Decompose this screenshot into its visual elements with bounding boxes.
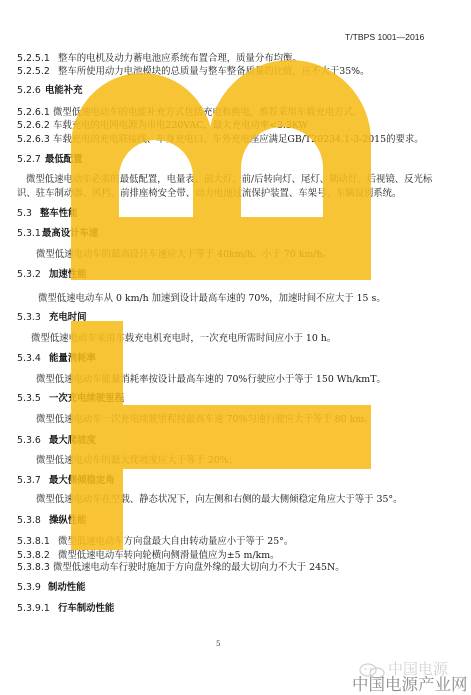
- paragraph-line: 微型低速电动车的最高设计车速应大于等于 40km/h、小于 70 km/h。: [36, 249, 332, 261]
- clause-text: 微型低速电动车方向盘最大自由转动量应小于等于 25°。: [58, 536, 293, 548]
- paragraph-line: 微型低速电动车必需的最低配置，电量表、前大灯、前/后转向灯、尾灯、制动灯、后视镜…: [26, 174, 432, 186]
- heading-number: 5.3: [17, 208, 32, 220]
- watermark-site-name: 中国电源产业网: [352, 675, 468, 694]
- heading-number: 5.3.4: [17, 353, 41, 365]
- clause-text: 整车的电机及动力蓄电池应系统布置合理，质量分布均衡。: [58, 53, 302, 65]
- heading-title: 加速性能: [49, 269, 87, 281]
- clause-number: 5.3.8.1: [17, 536, 50, 548]
- heading-title: 能量消耗率: [49, 353, 96, 365]
- heading-number: 5.2.6: [17, 85, 41, 97]
- clause-number: 5.2.6.3: [17, 134, 50, 146]
- heading-title: 最大侧倾稳定角: [49, 475, 115, 487]
- clause-number: 5.2.5.1: [17, 53, 50, 65]
- clause-number: 5.2.6.2: [17, 120, 50, 132]
- heading-title: 制动性能: [48, 582, 86, 594]
- clause-text: 整车所使用动力电池模块的总质量与整车整备质量的比值，应不大于35%。: [58, 66, 369, 78]
- heading-number: 5.3.9.1: [17, 603, 50, 615]
- clause-text: 微型低速电动车行驶时施加于方向盘外缘的最大切向力不大于 245N。: [53, 562, 345, 574]
- page-number: 5: [216, 639, 220, 649]
- heading-title: 最大爬坡度: [49, 435, 96, 447]
- clause-text: 微型低速电动车的电能补充方式包括充电和换电，推荐采用车载充电方式。: [53, 107, 362, 119]
- heading-title: 操纵性能: [49, 515, 87, 527]
- paragraph-line: 微型低速电动车一次充电续驶里程按最高车速 70%匀速行驶应大于等于 80 km。: [36, 414, 374, 426]
- heading-title: 一次充电续驶里程: [49, 393, 124, 405]
- paragraph-line: 微型低速电动车在空载、静态状况下，向左侧和右侧的最大侧倾稳定角应大于等于 35°…: [36, 494, 402, 506]
- paragraph-line: 微型低速电动车的最大爬坡度应大于等于 20%；: [36, 455, 238, 467]
- heading-number: 5.3.9: [17, 582, 41, 594]
- clause-number: 5.3.8.2: [17, 550, 50, 562]
- standard-code: T/TBPS 1001—2016: [345, 31, 424, 43]
- clause-text: 微型低速电动车转向轮横向侧滑量值应为±5 m/km。: [58, 550, 280, 562]
- heading-title: 整车性能: [40, 208, 78, 220]
- clause-text: 车载充电的电网电源为市电220VAC，最大充电功率<3.3KW: [53, 120, 308, 132]
- clause-number: 5.2.5.2: [17, 66, 50, 78]
- heading-title: 行车制动性能: [58, 603, 114, 615]
- heading-number: 5.3.2: [17, 269, 41, 281]
- heading-title: 电能补充: [45, 85, 83, 97]
- heading-number: 5.2.7: [17, 154, 41, 166]
- heading-number: 5.3.8: [17, 515, 41, 527]
- paragraph-line: 微型低速电动车采用车载充电机充电时，一次充电所需时间应小于 10 h。: [31, 333, 336, 345]
- clause-number: 5.3.8.3: [17, 562, 50, 574]
- heading-number: 5.3.5: [17, 393, 41, 405]
- paragraph-line: 识、驻车制动器、风档、前排座椅安全带、动力电池过流保护装置、车架号、车辆设别系统…: [17, 188, 401, 200]
- heading-title: 最低配置: [45, 154, 83, 166]
- heading-number: 5.3.6: [17, 435, 41, 447]
- clause-number: 5.2.6.1: [17, 107, 50, 119]
- paragraph-line: 微型低速电动车能量消耗率按设计最高车速的 70%行驶应小于等于 150 Wh/k…: [36, 374, 386, 386]
- paragraph-line: 微型低速电动车从 0 km/h 加速到设计最高车速的 70%，加速时间不应大于 …: [38, 293, 386, 305]
- document-page: T/TBPS 1001—2016 5.2.5.1 整车的电机及动力蓄电池应系统布…: [0, 0, 471, 695]
- heading-title: 最高设计车速: [42, 228, 98, 240]
- clause-text: 车载充电的充电联接线、车身充电口、车外充电座应满足GB/T20234.1-3-2…: [53, 134, 424, 146]
- heading-number: 5.3.1: [17, 228, 41, 240]
- heading-number: 5.3.7: [17, 475, 41, 487]
- heading-title: 充电时间: [49, 312, 87, 324]
- heading-number: 5.3.3: [17, 312, 41, 324]
